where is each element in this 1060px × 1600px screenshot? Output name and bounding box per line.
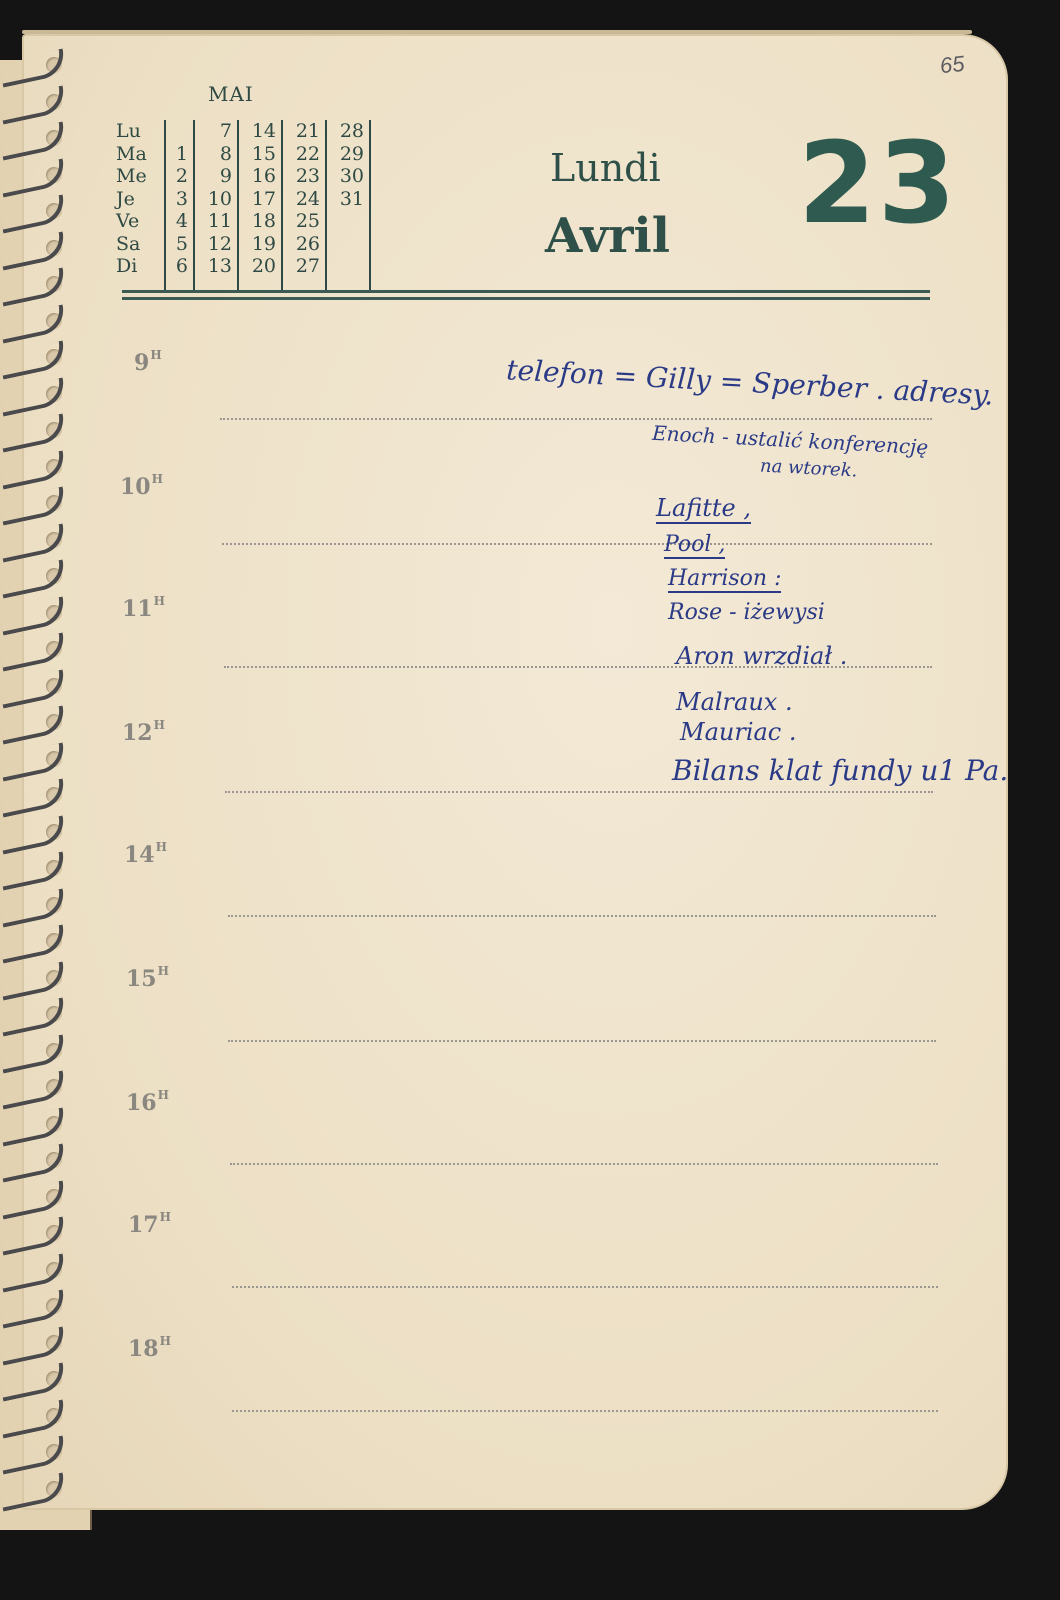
calendar-day: 17 — [239, 188, 276, 211]
spiral-coil — [0, 778, 68, 817]
calendar-day: 23 — [283, 165, 320, 188]
spiral-coil — [0, 1070, 68, 1109]
handwritten-note: Lafitte , — [656, 494, 751, 524]
hour-label: 16H — [126, 1090, 169, 1116]
spiral-coil — [0, 815, 68, 854]
spiral-coil — [0, 596, 68, 635]
time-slot-line — [228, 915, 936, 917]
spiral-coil — [0, 1034, 68, 1073]
weekday-label: Me — [116, 165, 164, 188]
spiral-coil — [0, 450, 68, 489]
time-slot-line — [232, 1410, 938, 1412]
handwritten-note: Harrison : — [668, 566, 781, 593]
calendar-day: 6 — [166, 255, 188, 278]
spiral-coil — [0, 961, 68, 1000]
calendar-day: 21 — [283, 120, 320, 143]
calendar-day: 5 — [166, 233, 188, 256]
spiral-coil — [0, 924, 68, 963]
spiral-coil — [0, 413, 68, 452]
hour-label: 15H — [126, 966, 169, 992]
calendar-day: 25 — [283, 210, 320, 233]
handwritten-note: Rose - iżewysi — [668, 600, 825, 625]
calendar-day — [327, 233, 364, 256]
spiral-coil — [0, 1399, 68, 1438]
spiral-coil — [0, 377, 68, 416]
week-column: 14 15 16 17 18 19 20 — [237, 120, 281, 290]
time-slot-line — [230, 1163, 938, 1165]
spiral-coil — [0, 997, 68, 1036]
calendar-day: 20 — [239, 255, 276, 278]
calendar-day: 29 — [327, 143, 364, 166]
hour-label: 18H — [128, 1336, 171, 1362]
calendar-day: 4 — [166, 210, 188, 233]
calendar-day: 19 — [239, 233, 276, 256]
mini-calendar-grid: Lu Ma Me Je Ve Sa Di 1 2 3 4 5 6 7 8 9 1… — [116, 120, 371, 290]
month-name: Avril — [545, 208, 670, 264]
spiral-coil — [0, 669, 68, 708]
calendar-day: 2 — [166, 165, 188, 188]
handwritten-note: Aron wrzdiał . — [676, 642, 847, 670]
hour-label: 12H — [122, 720, 165, 746]
spiral-coil — [0, 304, 68, 343]
handwritten-note: Bilans klat fundy u1 Pa. — [672, 754, 1008, 787]
calendar-day: 18 — [239, 210, 276, 233]
time-slot-line — [225, 791, 933, 793]
header-rule-bottom — [122, 297, 930, 300]
calendar-day: 26 — [283, 233, 320, 256]
hour-label: 17H — [128, 1212, 171, 1238]
spiral-coil — [0, 1216, 68, 1255]
calendar-day: 14 — [239, 120, 276, 143]
weekday-label: Sa — [116, 233, 164, 256]
handwritten-note: Malraux . — [676, 688, 793, 716]
calendar-day: 9 — [195, 165, 232, 188]
spiral-coil — [0, 523, 68, 562]
calendar-day: 30 — [327, 165, 364, 188]
calendar-day: 24 — [283, 188, 320, 211]
spiral-coil — [0, 1253, 68, 1292]
calendar-day: 7 — [195, 120, 232, 143]
hour-label: 14H — [124, 842, 167, 868]
calendar-day: 16 — [239, 165, 276, 188]
spiral-coil — [0, 1362, 68, 1401]
calendar-day — [327, 255, 364, 278]
page-number: 65 — [939, 51, 966, 79]
header-rule-top — [122, 290, 930, 293]
hour-label: 10H — [120, 474, 163, 500]
day-number: 23 — [798, 128, 958, 240]
weekday-column: Lu Ma Me Je Ve Sa Di — [116, 120, 164, 290]
spiral-coil — [0, 231, 68, 270]
calendar-day: 28 — [327, 120, 364, 143]
spiral-coil — [0, 1180, 68, 1219]
spiral-coil — [0, 559, 68, 598]
handwritten-note: Mauriac . — [680, 718, 797, 746]
spiral-coil — [0, 340, 68, 379]
weekday-label: Lu — [116, 120, 164, 143]
spiral-coil — [0, 85, 68, 124]
spiral-coil — [0, 632, 68, 671]
time-slot-line — [222, 543, 932, 545]
spiral-coil — [0, 121, 68, 160]
calendar-day: 22 — [283, 143, 320, 166]
spiral-coil — [0, 705, 68, 744]
spiral-binding — [0, 55, 80, 1505]
weekday-label: Ve — [116, 210, 164, 233]
weekday-label: Ma — [116, 143, 164, 166]
spiral-coil — [0, 1289, 68, 1328]
calendar-day: 13 — [195, 255, 232, 278]
calendar-day — [166, 120, 188, 143]
spiral-coil — [0, 1326, 68, 1365]
week-column: 28 29 30 31 — [325, 120, 371, 290]
week-column: 1 2 3 4 5 6 — [164, 120, 193, 290]
time-slot-line — [232, 1286, 938, 1288]
spiral-coil — [0, 888, 68, 927]
spiral-coil — [0, 158, 68, 197]
weekday-label: Je — [116, 188, 164, 211]
calendar-day — [327, 210, 364, 233]
spiral-coil — [0, 194, 68, 233]
spiral-coil — [0, 267, 68, 306]
calendar-day: 1 — [166, 143, 188, 166]
calendar-day: 27 — [283, 255, 320, 278]
spiral-coil — [0, 486, 68, 525]
calendar-day: 15 — [239, 143, 276, 166]
time-slot-line — [220, 418, 932, 420]
calendar-day: 31 — [327, 188, 364, 211]
week-column: 7 8 9 10 11 12 13 — [193, 120, 237, 290]
spiral-coil — [0, 851, 68, 890]
spiral-coil — [0, 1143, 68, 1182]
calendar-day: 11 — [195, 210, 232, 233]
mini-calendar-month: MAI — [208, 82, 254, 106]
day-name: Lundi — [550, 146, 661, 190]
calendar-day: 10 — [195, 188, 232, 211]
spiral-coil — [0, 1435, 68, 1474]
spiral-coil — [0, 1107, 68, 1146]
calendar-day: 3 — [166, 188, 188, 211]
weekday-label: Di — [116, 255, 164, 278]
time-slot-line — [228, 1040, 936, 1042]
spiral-coil — [0, 48, 68, 87]
hour-label: 9H — [134, 350, 162, 376]
week-column: 21 22 23 24 25 26 27 — [281, 120, 325, 290]
spiral-coil — [0, 742, 68, 781]
calendar-day: 8 — [195, 143, 232, 166]
handwritten-note: Pool , — [664, 532, 725, 559]
hour-label: 11H — [122, 596, 165, 622]
calendar-day: 12 — [195, 233, 232, 256]
